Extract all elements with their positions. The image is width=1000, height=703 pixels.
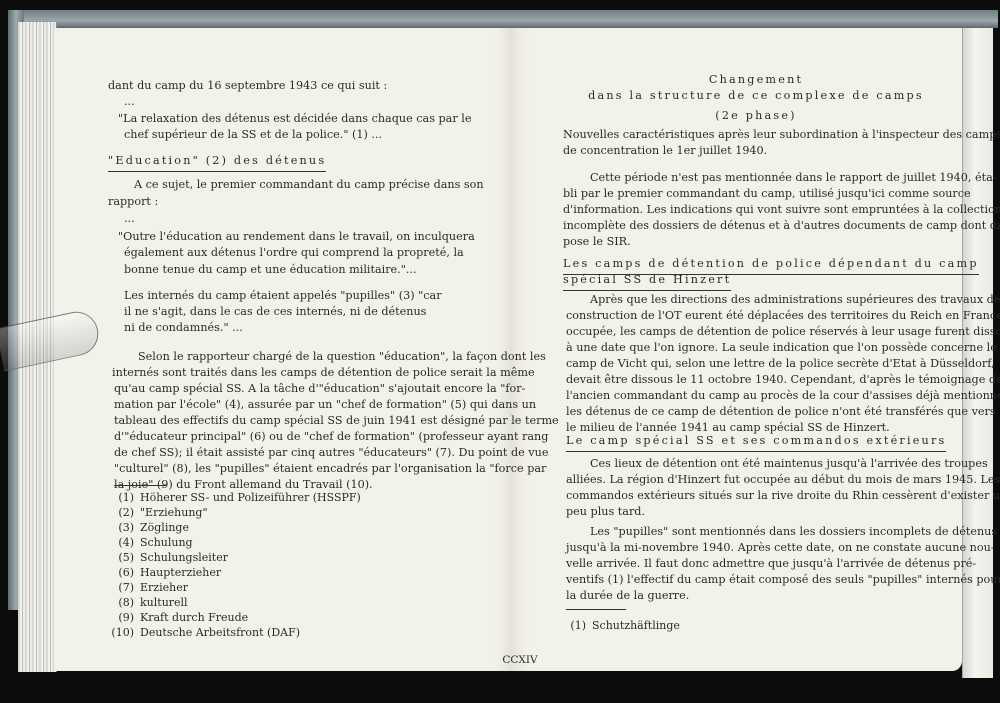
- paragraph-line: pose le SIR.: [563, 234, 631, 251]
- chapter-title-line: dans la structure de ce complexe de camp…: [564, 88, 948, 105]
- paragraph-line: Après que les directions des administrat…: [590, 292, 1000, 309]
- book-cover-top-edge: [8, 10, 998, 28]
- quote-line: également aux détenus l'ordre qui compre…: [124, 245, 464, 262]
- paragraph-line: qu'au camp spécial SS. A la tâche d'"édu…: [114, 381, 525, 398]
- subtitle-line: Nouvelles caractéristiques après leur su…: [563, 127, 1000, 144]
- quote-line: "La relaxation des détenus est décidée d…: [118, 111, 471, 128]
- footnote: (8)kulturell: [108, 595, 188, 611]
- intro-line: dant du camp du 16 septembre 1943 ce qui…: [108, 78, 387, 95]
- footnote: (6)Haupterzieher: [108, 565, 221, 581]
- paragraph-line: velle arrivée. Il faut donc admettre que…: [566, 556, 976, 573]
- footnote: (9)Kraft durch Freude: [108, 610, 248, 626]
- footnote: (4)Schulung: [108, 535, 193, 551]
- ellipsis: ...: [124, 94, 135, 111]
- quote-line: Les internés du camp étaient appelés "pu…: [124, 288, 442, 305]
- ellipsis: ...: [124, 211, 135, 228]
- paragraph-line: la durée de la guerre.: [566, 588, 689, 605]
- paragraph-line: tableau des effectifs du camp spécial SS…: [114, 413, 559, 430]
- footnote-rule: [114, 485, 166, 486]
- paragraph-line: incomplète des dossiers de détenus et à …: [563, 218, 1000, 235]
- section-heading-commandos: Le camp spécial SS et ses commandos exté…: [566, 433, 946, 452]
- paragraph-line: commandos extérieurs situés sur la rive …: [566, 488, 1000, 505]
- paragraph-line: construction de l'OT eurent été déplacée…: [566, 308, 1000, 325]
- paragraph-line: rapport :: [108, 194, 158, 211]
- paragraph-line: jusqu'à la mi-novembre 1940. Après cette…: [566, 540, 995, 557]
- section-heading-police-camps: spécial SS de Hinzert: [563, 272, 731, 291]
- page-number: CCXIV: [480, 652, 560, 669]
- subtitle-line: de concentration le 1er juillet 1940.: [563, 143, 767, 160]
- paragraph-line: Cette période n'est pas mentionnée dans …: [590, 170, 997, 187]
- paragraph-line: à une date que l'on ignore. La seule ind…: [566, 340, 997, 357]
- quote-line: "Outre l'éducation au rendement dans le …: [118, 229, 475, 246]
- paragraph-line: d'information. Les indications qui vont …: [563, 202, 1000, 219]
- footnote: (3)Zöglinge: [108, 520, 189, 536]
- paragraph-line: alliées. La région d'Hinzert fut occupée…: [566, 472, 1000, 489]
- paragraph-line: l'ancien commandant du camp au procès de…: [566, 388, 1000, 405]
- paragraph-line: Selon le rapporteur chargé de la questio…: [138, 349, 546, 366]
- paragraph-line: camp de Vicht qui, selon une lettre de l…: [566, 356, 995, 373]
- paragraph-line: Ces lieux de détention ont été maintenus…: [590, 456, 988, 473]
- quote-line: bonne tenue du camp et une éducation mil…: [124, 262, 417, 279]
- paragraph-line: bli par le premier commandant du camp, u…: [563, 186, 971, 203]
- paragraph-line: mation par l'école" (4), assurée par un …: [114, 397, 536, 414]
- quote-line: chef supérieur de la SS et de la police.…: [124, 127, 382, 144]
- paragraph-line: devait être dissous le 11 octobre 1940. …: [566, 372, 1000, 389]
- paragraph-line: de chef SS); il était assisté par cinq a…: [114, 445, 548, 462]
- quote-line: il ne s'agit, dans le cas de ces interné…: [124, 304, 426, 321]
- chapter-title-line: Changement: [564, 72, 948, 89]
- footnote: (5)Schulungsleiter: [108, 550, 228, 566]
- footnote: (1)Schutzhäftlinge: [560, 618, 680, 634]
- footnote: (2)"Erziehung": [108, 505, 208, 521]
- footnote: (10)Deutsche Arbeitsfront (DAF): [108, 625, 300, 641]
- footnote: (1)Höherer SS- und Polizeiführer (HSSPF): [108, 490, 361, 506]
- paragraph-line: ventifs (1) l'effectif du camp était com…: [566, 572, 1000, 589]
- paragraph-line: occupée, les camps de détention de polic…: [566, 324, 1000, 341]
- paragraph-line: internés sont traités dans les camps de …: [112, 365, 535, 382]
- paragraph-line: les détenus de ce camp de détention de p…: [566, 404, 996, 421]
- paragraph-line: peu plus tard.: [566, 504, 645, 521]
- chapter-title-line: (2e phase): [564, 108, 948, 125]
- paragraph-line: Les "pupilles" sont mentionnés dans les …: [590, 524, 997, 541]
- quote-line: ni de condamnés." ...: [124, 320, 243, 337]
- paragraph-line: d'"éducateur principal" (6) ou de "chef …: [114, 429, 548, 446]
- footnote: (7)Erzieher: [108, 580, 188, 596]
- paragraph-line: A ce sujet, le premier commandant du cam…: [134, 177, 484, 194]
- section-heading-education: "Education" (2) des détenus: [108, 153, 326, 172]
- paragraph-line: "culturel" (8), les "pupilles" étaient e…: [114, 461, 546, 478]
- footnote-rule: [566, 609, 626, 610]
